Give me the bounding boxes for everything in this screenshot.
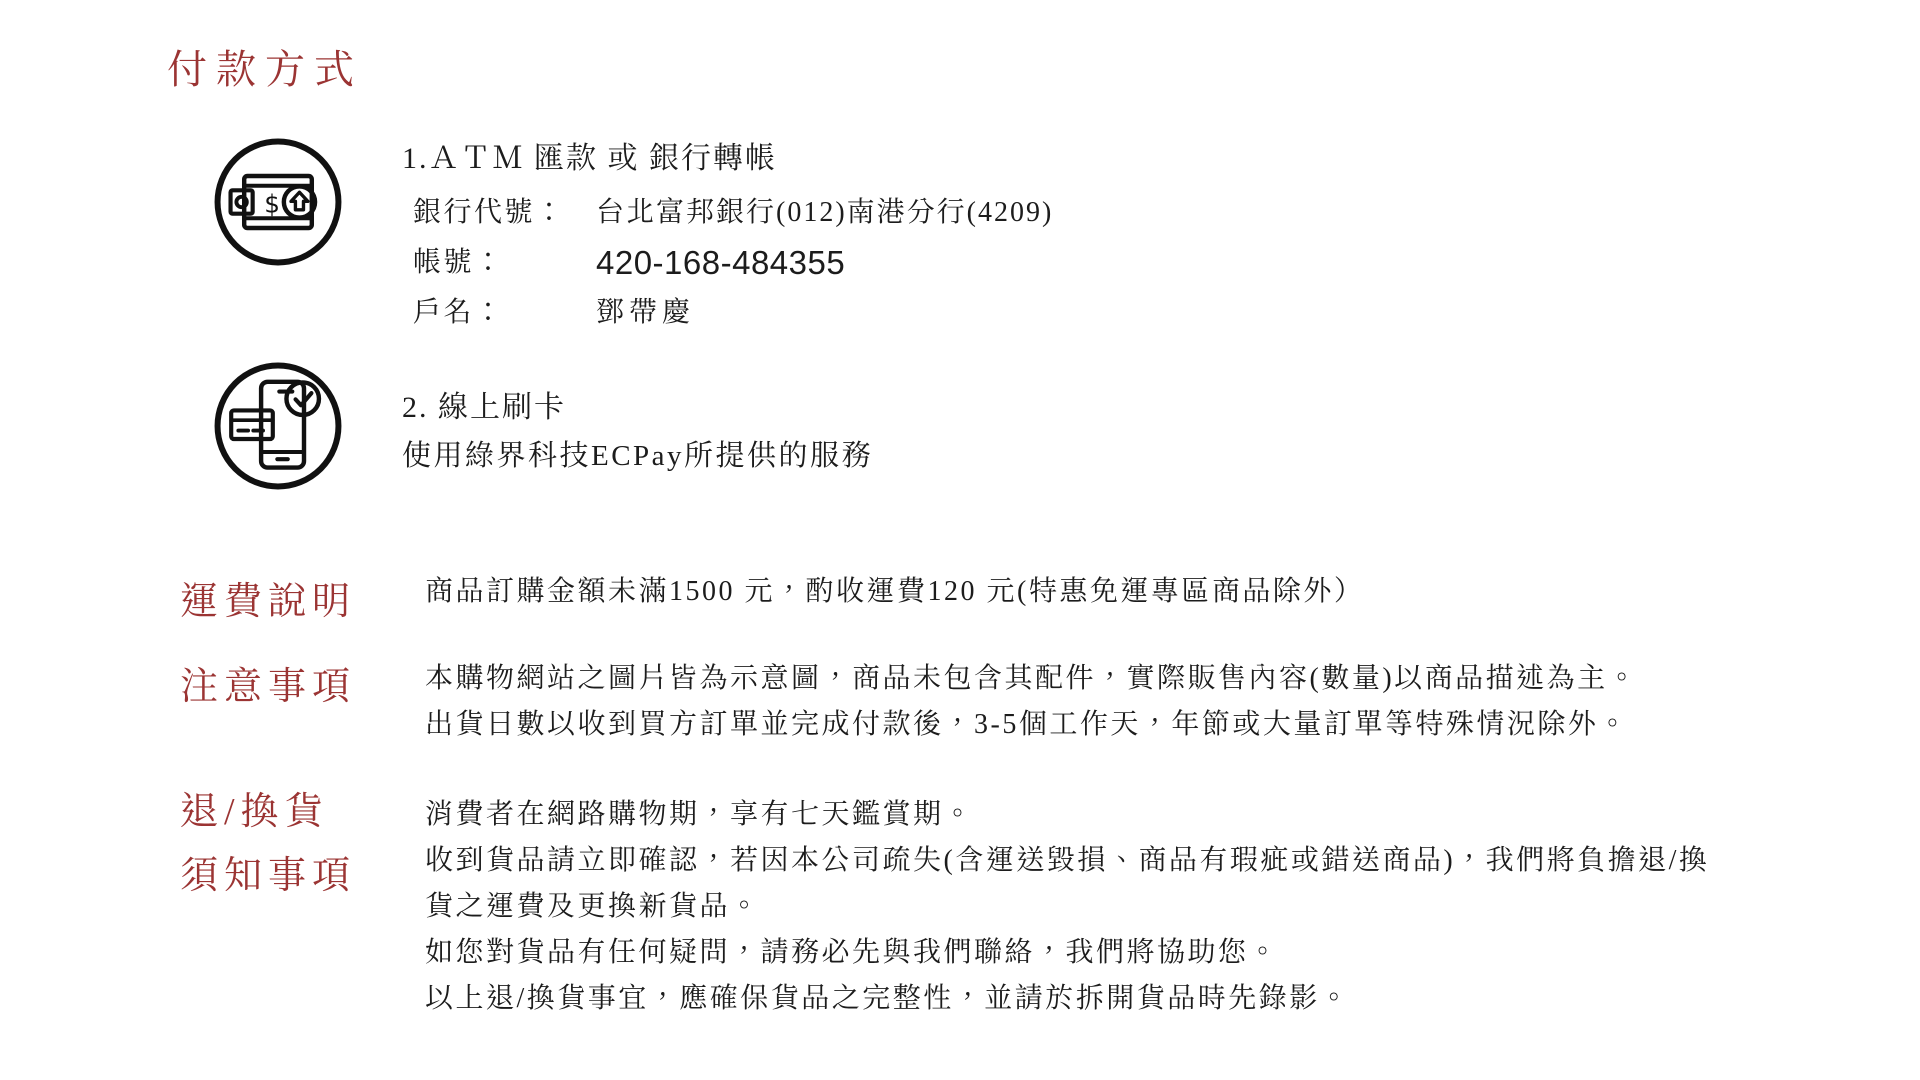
heading-line: 須知事項	[180, 844, 356, 908]
svg-text:$: $	[264, 189, 280, 218]
method-title-atm: 1.ＡＴＭ 匯款 或 銀行轉帳	[402, 136, 1602, 182]
heading-line: 退/換貨	[180, 780, 356, 844]
bank-code-value: 台北富邦銀行(012)南港分行(4209)	[596, 188, 1053, 238]
payment-method-atm: $ 1.ＡＴＭ 匯款 或 銀行轉帳 銀行代號： 台北富邦銀行(012)南港分行(…	[213, 137, 343, 267]
account-number-label: 帳號：	[413, 238, 596, 288]
section-line: 消費者在網路購物期，享有七天鑑賞期。	[425, 792, 1865, 838]
section-line: 以上退/換貨事宜，應確保貨品之完整性，並請於拆開貨品時先錄影。	[425, 976, 1865, 1022]
bank-code-row: 銀行代號： 台北富邦銀行(012)南港分行(4209)	[413, 188, 1602, 238]
notice-heading: 注意事項	[180, 655, 356, 719]
bank-code-label: 銀行代號：	[413, 188, 596, 238]
account-holder-row: 户名： 鄧帶慶	[413, 288, 1602, 338]
method-subtitle-ecpay: 使用綠界科技ECPay所提供的服務	[402, 431, 1602, 481]
section-line: 商品訂購金額未滿1500 元，酌收運費120 元(特惠免運專區商品除外）	[425, 566, 1865, 618]
shipping-fee-heading: 運費說明	[180, 570, 356, 634]
bank-info-rows: 銀行代號： 台北富邦銀行(012)南港分行(4209) 帳號： 420-168-…	[402, 188, 1602, 338]
shipping-fee-body: 商品訂購金額未滿1500 元，酌收運費120 元(特惠免運專區商品除外）	[425, 566, 1865, 618]
return-exchange-body: 消費者在網路購物期，享有七天鑑賞期。 收到貨品請立即確認，若因本公司疏失(含運送…	[425, 792, 1865, 1022]
section-line: 本購物網站之圖片皆為示意圖，商品未包含其配件，實際販售內容(數量)以商品描述為主…	[425, 656, 1865, 702]
heading-line: 運費說明	[180, 570, 356, 634]
account-holder-value: 鄧帶慶	[596, 288, 695, 338]
account-holder-label: 户名：	[413, 288, 596, 338]
notice-body: 本購物網站之圖片皆為示意圖，商品未包含其配件，實際販售內容(數量)以商品描述為主…	[425, 656, 1865, 748]
heading-line: 注意事項	[180, 655, 356, 719]
method-title-online-card: 2. 線上刷卡	[402, 385, 1602, 431]
mobile-payment-icon	[213, 361, 343, 491]
section-line: 出貨日數以收到買方訂單並完成付款後，3-5個工作天，年節或大量訂單等特殊情況除外…	[425, 702, 1865, 748]
return-exchange-heading: 退/換貨 須知事項	[180, 780, 356, 908]
page-title: 付款方式	[167, 44, 363, 96]
money-transfer-icon: $	[213, 137, 343, 267]
account-number-value: 420-168-484355	[596, 238, 845, 288]
section-line: 收到貨品請立即確認，若因本公司疏失(含運送毀損、商品有瑕疵或錯送商品)，我們將負…	[425, 838, 1865, 884]
section-line: 貨之運費及更換新貨品。	[425, 884, 1865, 930]
payment-method-online-card: 2. 線上刷卡 使用綠界科技ECPay所提供的服務	[213, 361, 343, 491]
account-number-row: 帳號： 420-168-484355	[413, 238, 1602, 288]
section-line: 如您對貨品有任何疑問，請務必先與我們聯絡，我們將協助您。	[425, 930, 1865, 976]
payment-info-page: 付款方式 $ 1.ＡＴＭ 匯款 或 銀行轉帳 銀行代號： 台北富邦銀行(012)…	[0, 0, 1920, 1080]
